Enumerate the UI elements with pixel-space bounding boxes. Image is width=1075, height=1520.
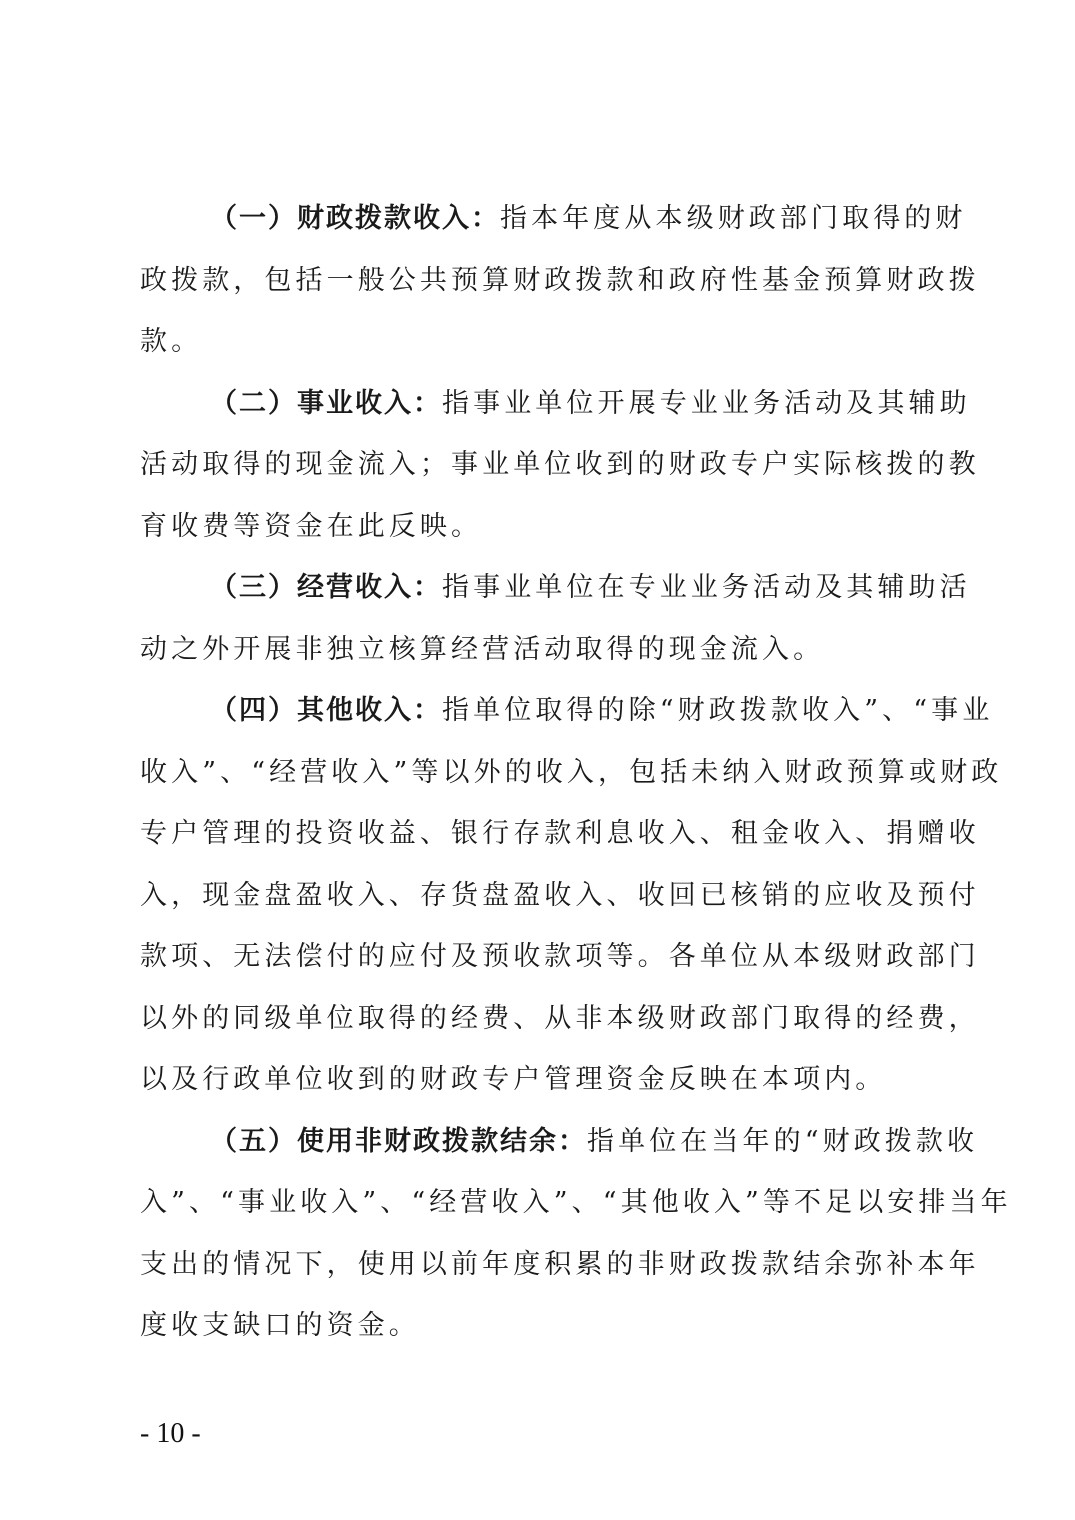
section-heading: （二）事业收入： xyxy=(210,388,442,419)
paragraph-line: （二）事业收入：指事业单位开展专业业务活动及其辅助 xyxy=(140,373,940,435)
paragraph-operating-income: （三）经营收入：指事业单位在专业业务活动及其辅助活 动之外开展非独立核算经营活动… xyxy=(140,557,940,680)
section-heading: （四）其他收入： xyxy=(210,695,442,726)
paragraph-text: 指单位取得的除“财政拨款收入”、“事业 xyxy=(442,695,993,726)
paragraph-line: 以及行政单位收到的财政专户管理资金反映在本项内。 xyxy=(140,1049,940,1111)
paragraph-line: 政拨款，包括一般公共预算财政拨款和政府性基金预算财政拨 xyxy=(140,250,940,312)
paragraph-line: 入”、“事业收入”、“经营收入”、“其他收入”等不足以安排当年 xyxy=(140,1172,940,1234)
paragraph-text: 指事业单位开展专业业务活动及其辅助 xyxy=(442,388,971,419)
paragraph-line: 以外的同级单位取得的经费、从非本级财政部门取得的经费， xyxy=(140,988,940,1050)
paragraph-text: 指本年度从本级财政部门取得的财 xyxy=(500,203,967,234)
section-heading: （一）财政拨款收入： xyxy=(210,203,500,234)
paragraph-line: 入，现金盘盈收入、存货盘盈收入、收回已核销的应收及预付 xyxy=(140,865,940,927)
paragraph-line: 款项、无法偿付的应付及预收款项等。各单位从本级财政部门 xyxy=(140,926,940,988)
paragraph-line: 育收费等资金在此反映。 xyxy=(140,496,940,558)
paragraph-line: 活动取得的现金流入；事业单位收到的财政专户实际核拨的教 xyxy=(140,434,940,496)
paragraph-non-fiscal-surplus: （五）使用非财政拨款结余：指单位在当年的“财政拨款收 入”、“事业收入”、“经营… xyxy=(140,1111,940,1357)
document-page: （一）财政拨款收入：指本年度从本级财政部门取得的财 政拨款，包括一般公共预算财政… xyxy=(140,188,940,1357)
paragraph-line: （五）使用非财政拨款结余：指单位在当年的“财政拨款收 xyxy=(140,1111,940,1173)
page-number: - 10 - xyxy=(140,1418,201,1450)
paragraph-text: 指单位在当年的“财政拨款收 xyxy=(587,1126,978,1157)
paragraph-line: （三）经营收入：指事业单位在专业业务活动及其辅助活 xyxy=(140,557,940,619)
paragraph-line: 专户管理的投资收益、银行存款利息收入、租金收入、捐赠收 xyxy=(140,803,940,865)
section-heading: （三）经营收入： xyxy=(210,572,442,603)
paragraph-line: 款。 xyxy=(140,311,940,373)
paragraph-business-income: （二）事业收入：指事业单位开展专业业务活动及其辅助 活动取得的现金流入；事业单位… xyxy=(140,373,940,558)
paragraph-line: （四）其他收入：指单位取得的除“财政拨款收入”、“事业 xyxy=(140,680,940,742)
paragraph-line: （一）财政拨款收入：指本年度从本级财政部门取得的财 xyxy=(140,188,940,250)
paragraph-fiscal-appropriation-income: （一）财政拨款收入：指本年度从本级财政部门取得的财 政拨款，包括一般公共预算财政… xyxy=(140,188,940,373)
paragraph-other-income: （四）其他收入：指单位取得的除“财政拨款收入”、“事业 收入”、“经营收入”等以… xyxy=(140,680,940,1111)
paragraph-line: 支出的情况下，使用以前年度积累的非财政拨款结余弥补本年 xyxy=(140,1234,940,1296)
paragraph-line: 动之外开展非独立核算经营活动取得的现金流入。 xyxy=(140,619,940,681)
section-heading: （五）使用非财政拨款结余： xyxy=(210,1126,587,1157)
paragraph-text: 指事业单位在专业业务活动及其辅助活 xyxy=(442,572,971,603)
paragraph-line: 度收支缺口的资金。 xyxy=(140,1295,940,1357)
paragraph-line: 收入”、“经营收入”等以外的收入，包括未纳入财政预算或财政 xyxy=(140,742,940,804)
